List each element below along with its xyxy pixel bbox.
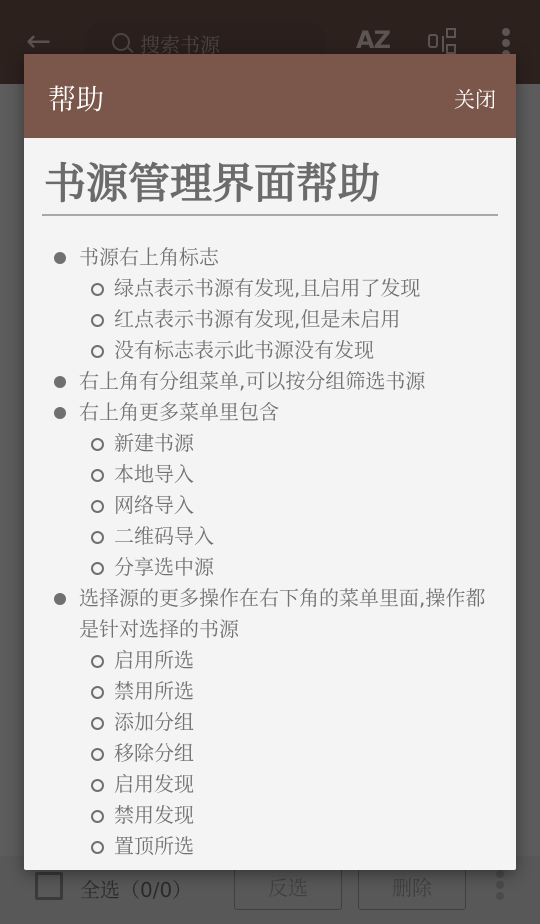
- dialog-header: 帮助 关闭: [24, 54, 516, 138]
- sub-list-item: 绿点表示书源有发现,且启用了发现: [79, 273, 498, 304]
- invert-selection-button[interactable]: 反选: [234, 866, 342, 910]
- sub-list-item: 禁用所选: [79, 676, 498, 707]
- sub-list-item: 禁用发现: [79, 800, 498, 831]
- sub-list-item: 添加分组: [79, 707, 498, 738]
- dialog-body[interactable]: 书源管理界面帮助 书源右上角标志 绿点表示书源有发现,且启用了发现 红点表示书源…: [24, 156, 516, 862]
- delete-button[interactable]: 删除: [358, 866, 466, 910]
- sort-icon[interactable]: AZ: [356, 26, 390, 54]
- sub-list-item: 置顶所选: [79, 831, 498, 862]
- list-item-text: 右上角有分组菜单,可以按分组筛选书源: [79, 369, 425, 393]
- sub-list-item: 新建书源: [79, 428, 498, 459]
- help-list: 书源右上角标志 绿点表示书源有发现,且启用了发现 红点表示书源有发现,但是未启用…: [42, 242, 498, 862]
- sub-list-item: 移除分组: [79, 738, 498, 769]
- list-item: 右上角有分组菜单,可以按分组筛选书源: [42, 366, 498, 397]
- list-item: 书源右上角标志 绿点表示书源有发现,且启用了发现 红点表示书源有发现,但是未启用…: [42, 242, 498, 366]
- selection-more-icon[interactable]: [496, 870, 504, 903]
- help-heading: 书源管理界面帮助: [42, 156, 498, 216]
- close-button[interactable]: 关闭: [454, 84, 496, 114]
- sub-list-item: 分享选中源: [79, 552, 498, 583]
- sub-list-item: 本地导入: [79, 459, 498, 490]
- list-item: 右上角更多菜单里包含 新建书源 本地导入 网络导入 二维码导入 分享选中源: [42, 397, 498, 583]
- list-item: 选择源的更多操作在右下角的菜单里面,操作都是针对选择的书源 启用所选 禁用所选 …: [42, 583, 498, 862]
- search-icon: [112, 33, 130, 51]
- sub-list-item: 二维码导入: [79, 521, 498, 552]
- list-item-text: 书源右上角标志: [79, 245, 219, 269]
- sub-list-item: 启用发现: [79, 769, 498, 800]
- list-item-text: 右上角更多菜单里包含: [79, 400, 279, 424]
- dialog-title: 帮助: [48, 78, 104, 118]
- select-all-checkbox[interactable]: [35, 872, 63, 900]
- select-all-label: 全选（0/0）: [80, 874, 192, 903]
- help-dialog: 帮助 关闭 书源管理界面帮助 书源右上角标志 绿点表示书源有发现,且启用了发现 …: [24, 54, 516, 870]
- list-item-text: 选择源的更多操作在右下角的菜单里面,操作都是针对选择的书源: [79, 586, 485, 641]
- sub-list-item: 网络导入: [79, 490, 498, 521]
- sub-list-item: 启用所选: [79, 645, 498, 676]
- group-menu-icon[interactable]: [428, 28, 460, 56]
- back-arrow-icon[interactable]: ←: [26, 28, 58, 56]
- sub-list-item: 红点表示书源有发现,但是未启用: [79, 304, 498, 335]
- sub-list-item: 没有标志表示此书源没有发现: [79, 335, 498, 366]
